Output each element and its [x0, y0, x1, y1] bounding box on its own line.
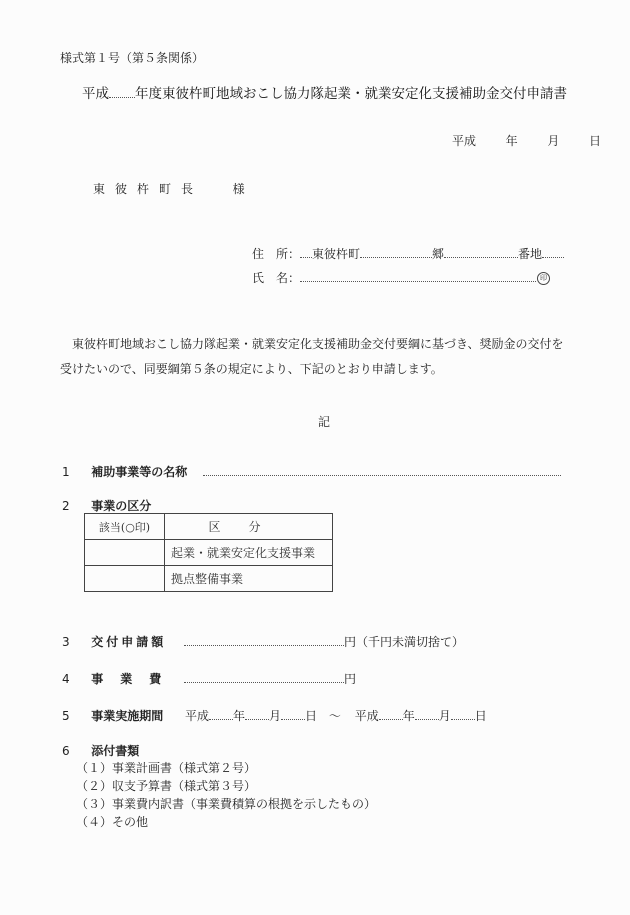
item-6-label: 添付書類: [91, 744, 139, 758]
item-5: 5 事業実施期間: [62, 707, 163, 724]
category-table: 該当(○印) 区分 起業・就業安定化支援事業 拠点整備事業: [84, 513, 333, 592]
address-line: 住 所：東彼杵町郷番地: [252, 245, 564, 262]
date-year: 年: [506, 134, 518, 148]
form-number: 様式第１号（第５条関係）: [60, 49, 204, 66]
body-line-1: 東彼杵町地域おこし協力隊起業・就業安定化支援補助金交付要綱に基づき、奨励金の交付…: [72, 335, 564, 352]
period-row: 平成年月日 ～ 平成年月日: [185, 707, 487, 724]
address-label: 住 所：: [252, 247, 300, 261]
document-title: 平成年度東彼杵町地域おこし協力隊起業・就業安定化支援補助金交付申請書: [82, 82, 567, 102]
date-era: 平成: [452, 134, 476, 148]
period-end-day-field[interactable]: [451, 708, 475, 720]
item-6: 6 添付書類: [62, 742, 139, 759]
item-2: 2 事業の区分: [62, 497, 151, 514]
period-start-day: 日: [305, 709, 317, 723]
period-start-day-field[interactable]: [281, 708, 305, 720]
address-prefix-blank[interactable]: [300, 246, 312, 258]
ki-heading: 記: [318, 413, 330, 430]
name-line: 氏 名：印: [252, 269, 550, 286]
name-label: 氏 名：: [252, 271, 300, 285]
period-start-year: 年: [233, 709, 245, 723]
attachment-item: （３）事業費内訳書（事業費積算の根拠を示したもの）: [76, 795, 376, 812]
address-town: 東彼杵町: [312, 247, 360, 261]
period-start-era: 平成: [185, 709, 209, 723]
item-1-number: 1: [62, 465, 70, 479]
category-cell-1: 起業・就業安定化支援事業: [165, 540, 333, 566]
project-cost-row: 円: [184, 670, 356, 687]
attachment-item: （１）事業計画書（様式第２号）: [76, 759, 256, 776]
item-5-number: 5: [62, 709, 70, 723]
attachment-item: （４）その他: [76, 813, 148, 830]
item-3-label: 交付申請額: [91, 635, 166, 649]
date-line: 平成 年 月 日: [452, 132, 601, 149]
header-applicable: 該当(○印): [85, 514, 165, 540]
address-suffix-blank[interactable]: [542, 246, 564, 258]
period-end-year-field[interactable]: [379, 708, 403, 720]
check-cell-2[interactable]: [85, 566, 165, 592]
item-4-label: 事業費: [91, 672, 178, 686]
title-year-blank[interactable]: [109, 86, 135, 98]
address-banchi-blank[interactable]: [444, 246, 518, 258]
item-4: 4 事業費: [62, 670, 178, 687]
address-banchi: 番地: [518, 247, 542, 261]
item-2-label: 事業の区分: [91, 499, 151, 513]
application-amount-field[interactable]: [184, 634, 344, 646]
header-category: 区分: [165, 514, 333, 540]
address-go-blank[interactable]: [360, 246, 432, 258]
address-go: 郷: [432, 247, 444, 261]
attachment-item: （２）収支予算書（様式第３号）: [76, 777, 256, 794]
item-3-number: 3: [62, 635, 70, 649]
category-cell-2: 拠点整備事業: [165, 566, 333, 592]
period-end-era: 平成: [355, 709, 379, 723]
application-amount-unit: 円（千円未満切捨て）: [344, 635, 464, 649]
date-day: 日: [589, 134, 601, 148]
period-start-year-field[interactable]: [209, 708, 233, 720]
period-end-year: 年: [403, 709, 415, 723]
item-3: 3 交付申請額: [62, 633, 166, 650]
table-row: 拠点整備事業: [85, 566, 333, 592]
title-era: 平成: [82, 86, 109, 102]
table-row: 起業・就業安定化支援事業: [85, 540, 333, 566]
addressee-honorific: 様: [233, 182, 245, 196]
period-end-month-field[interactable]: [415, 708, 439, 720]
addressee: 東彼杵町長 様: [93, 180, 245, 197]
item-1-label: 補助事業等の名称: [91, 465, 187, 479]
project-name-field[interactable]: [203, 464, 561, 476]
addressee-name: 東彼杵町長: [93, 182, 203, 196]
project-cost-field[interactable]: [184, 671, 344, 683]
body-line-2: 受けたいので、同要綱第５条の規定により、下記のとおり申請します。: [60, 360, 443, 377]
item-4-number: 4: [62, 672, 70, 686]
period-end-month: 月: [439, 709, 451, 723]
item-6-number: 6: [62, 744, 70, 758]
seal-icon: 印: [537, 272, 550, 285]
period-end-day: 日: [475, 709, 487, 723]
date-month: 月: [547, 134, 559, 148]
title-rest: 年度東彼杵町地域おこし協力隊起業・就業安定化支援補助金交付申請書: [135, 86, 567, 102]
table-header-row: 該当(○印) 区分: [85, 514, 333, 540]
name-field[interactable]: [300, 270, 536, 282]
application-amount-row: 円（千円未満切捨て）: [184, 633, 464, 650]
check-cell-1[interactable]: [85, 540, 165, 566]
item-1: 1 補助事業等の名称: [62, 463, 561, 480]
period-start-month: 月: [269, 709, 281, 723]
project-cost-unit: 円: [344, 672, 356, 686]
item-5-label: 事業実施期間: [91, 709, 163, 723]
period-start-month-field[interactable]: [245, 708, 269, 720]
period-tilde: ～: [329, 709, 341, 723]
item-2-number: 2: [62, 499, 70, 513]
